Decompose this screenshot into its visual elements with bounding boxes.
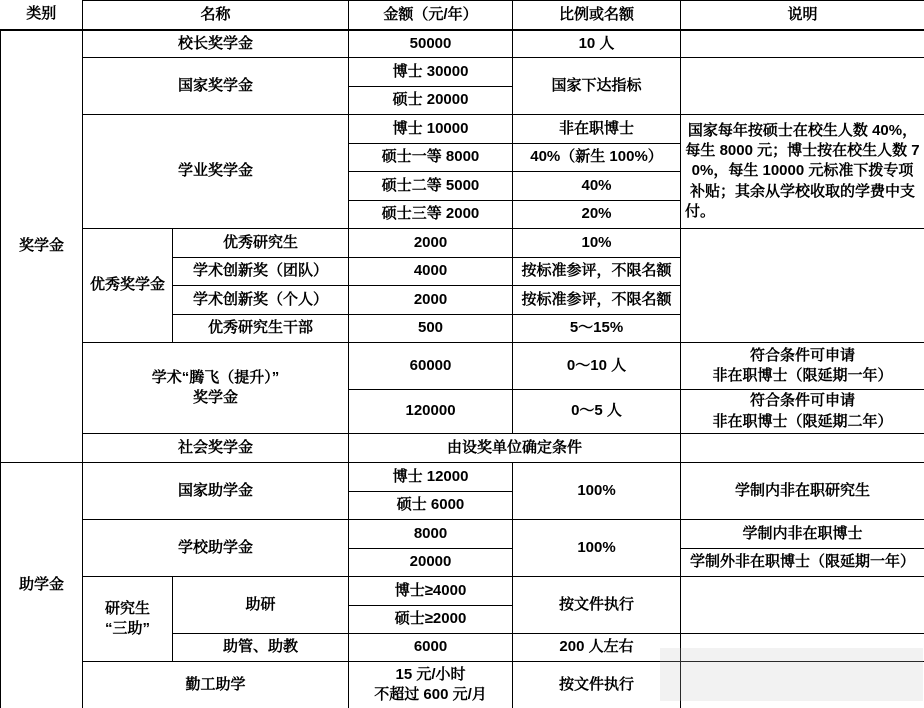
excellence-quota-1-cell: 10%: [513, 229, 681, 258]
aid-school-name-cell: 学校助学金: [83, 520, 349, 577]
sanzhu-group-cell: 研究生 “三助”: [83, 577, 173, 662]
category-scholarship-cell: 奖学金: [1, 30, 83, 463]
president-name-cell: 校长奖学金: [83, 30, 349, 58]
social-note-empty-cell: [681, 434, 924, 463]
row-excellence-1: 优秀奖学金 优秀研究生 2000 10%: [1, 229, 924, 258]
excellence-quota-2-cell: 按标准参评，不限名额: [513, 258, 681, 286]
row-sanzhu-research-phd: 研究生 “三助” 助研 博士≥4000 按文件执行: [1, 577, 924, 606]
aid-national-name-cell: 国家助学金: [83, 463, 349, 520]
academic-amount-master1-cell: 硕士一等 8000: [349, 144, 513, 172]
sanzhu-admin-quota-cell: 200 人左右: [513, 634, 681, 662]
national-scholarship-note-empty-cell: [681, 58, 924, 115]
aid-school-note-2-cell: 学制外非在职博士（限延期一年）: [681, 549, 924, 577]
aid-school-amount-2-cell: 20000: [349, 549, 513, 577]
category-aid-cell: 助学金: [1, 463, 83, 708]
excellence-group-cell: 优秀奖学金: [83, 229, 173, 343]
tengfei-note-1-cell: 符合条件可申请 非在职博士（限延期一年）: [681, 343, 924, 390]
aid-school-note-1-cell: 学制内非在职博士: [681, 520, 924, 549]
workstudy-note-empty-cell: [681, 662, 924, 708]
header-name: 名称: [83, 1, 349, 30]
workstudy-amount-cell: 15 元/小时 不超过 600 元/月: [349, 662, 513, 708]
academic-quota-master1-cell: 40%（新生 100%）: [513, 144, 681, 172]
sanzhu-admin-name-cell: 助管、助教: [173, 634, 349, 662]
president-amount-cell: 50000: [349, 30, 513, 58]
aid-national-quota-cell: 100%: [513, 463, 681, 520]
excellence-name-4-cell: 优秀研究生干部: [173, 315, 349, 343]
scholarship-aid-table: 类别 名称 金额（元/年） 比例或名额 说明 奖学金 校长奖学金 50000 1…: [0, 0, 924, 708]
national-scholarship-amount-phd-cell: 博士 30000: [349, 58, 513, 87]
row-workstudy: 勤工助学 15 元/小时 不超过 600 元/月 按文件执行: [1, 662, 924, 708]
excellence-amount-3-cell: 2000: [349, 286, 513, 315]
social-name-cell: 社会奖学金: [83, 434, 349, 463]
header-category: 类别: [1, 1, 83, 30]
excellence-note-empty-cell: [681, 229, 924, 343]
header-amount: 金额（元/年）: [349, 1, 513, 30]
scholarship-table-page: 类别 名称 金额（元/年） 比例或名额 说明 奖学金 校长奖学金 50000 1…: [0, 0, 924, 708]
social-condition-cell: 由设奖单位确定条件: [349, 434, 681, 463]
sanzhu-research-name-cell: 助研: [173, 577, 349, 634]
academic-amount-phd-cell: 博士 10000: [349, 115, 513, 144]
excellence-quota-3-cell: 按标准参评，不限名额: [513, 286, 681, 315]
national-scholarship-quota-cell: 国家下达指标: [513, 58, 681, 115]
academic-quota-master3-cell: 20%: [513, 201, 681, 229]
academic-scholarship-name-cell: 学业奖学金: [83, 115, 349, 229]
row-national-scholarship-phd: 国家奖学金 博士 30000 国家下达指标: [1, 58, 924, 87]
sanzhu-research-quota-cell: 按文件执行: [513, 577, 681, 634]
tengfei-quota-2-cell: 0～5 人: [513, 390, 681, 434]
aid-national-note-cell: 学制内非在职研究生: [681, 463, 924, 520]
president-note-empty-cell: [681, 30, 924, 58]
sanzhu-research-note-empty-cell: [681, 577, 924, 634]
sanzhu-research-amount-phd-cell: 博士≥4000: [349, 577, 513, 606]
sanzhu-admin-note-empty-cell: [681, 634, 924, 662]
aid-national-amount-master-cell: 硕士 6000: [349, 492, 513, 520]
row-tengfei-1: 学术“腾飞（提升）” 奖学金 60000 0～10 人 符合条件可申请 非在职博…: [1, 343, 924, 390]
academic-amount-master3-cell: 硕士三等 2000: [349, 201, 513, 229]
row-social: 社会奖学金 由设奖单位确定条件: [1, 434, 924, 463]
academic-amount-master2-cell: 硕士二等 5000: [349, 172, 513, 201]
excellence-name-2-cell: 学术创新奖（团队）: [173, 258, 349, 286]
sanzhu-research-amount-master-cell: 硕士≥2000: [349, 606, 513, 634]
tengfei-note-2-cell: 符合条件可申请 非在职博士（限延期二年）: [681, 390, 924, 434]
row-president: 奖学金 校长奖学金 50000 10 人: [1, 30, 924, 58]
row-aid-national-phd: 助学金 国家助学金 博士 12000 100% 学制内非在职研究生: [1, 463, 924, 492]
excellence-name-3-cell: 学术创新奖（个人）: [173, 286, 349, 315]
aid-school-quota-cell: 100%: [513, 520, 681, 577]
tengfei-quota-1-cell: 0～10 人: [513, 343, 681, 390]
aid-school-amount-1-cell: 8000: [349, 520, 513, 549]
aid-national-amount-phd-cell: 博士 12000: [349, 463, 513, 492]
tengfei-amount-2-cell: 120000: [349, 390, 513, 434]
academic-quota-phd-cell: 非在职博士: [513, 115, 681, 144]
academic-note-cell: 国家每年按硕士在校生人数 40%，每生 8000 元；博士按在校生人数 70%，…: [681, 115, 924, 229]
excellence-quota-4-cell: 5～15%: [513, 315, 681, 343]
academic-quota-master2-cell: 40%: [513, 172, 681, 201]
excellence-amount-2-cell: 4000: [349, 258, 513, 286]
workstudy-name-cell: 勤工助学: [83, 662, 349, 708]
workstudy-quota-cell: 按文件执行: [513, 662, 681, 708]
row-aid-school-1: 学校助学金 8000 100% 学制内非在职博士: [1, 520, 924, 549]
sanzhu-admin-amount-cell: 6000: [349, 634, 513, 662]
header-row: 类别 名称 金额（元/年） 比例或名额 说明: [1, 1, 924, 30]
tengfei-amount-1-cell: 60000: [349, 343, 513, 390]
excellence-amount-4-cell: 500: [349, 315, 513, 343]
excellence-name-1-cell: 优秀研究生: [173, 229, 349, 258]
national-scholarship-amount-master-cell: 硕士 20000: [349, 87, 513, 115]
excellence-amount-1-cell: 2000: [349, 229, 513, 258]
row-academic-phd: 学业奖学金 博士 10000 非在职博士 国家每年按硕士在校生人数 40%，每生…: [1, 115, 924, 144]
tengfei-name-cell: 学术“腾飞（提升）” 奖学金: [83, 343, 349, 434]
header-quota: 比例或名额: [513, 1, 681, 30]
national-scholarship-name-cell: 国家奖学金: [83, 58, 349, 115]
header-note: 说明: [681, 1, 924, 30]
president-quota-cell: 10 人: [513, 30, 681, 58]
